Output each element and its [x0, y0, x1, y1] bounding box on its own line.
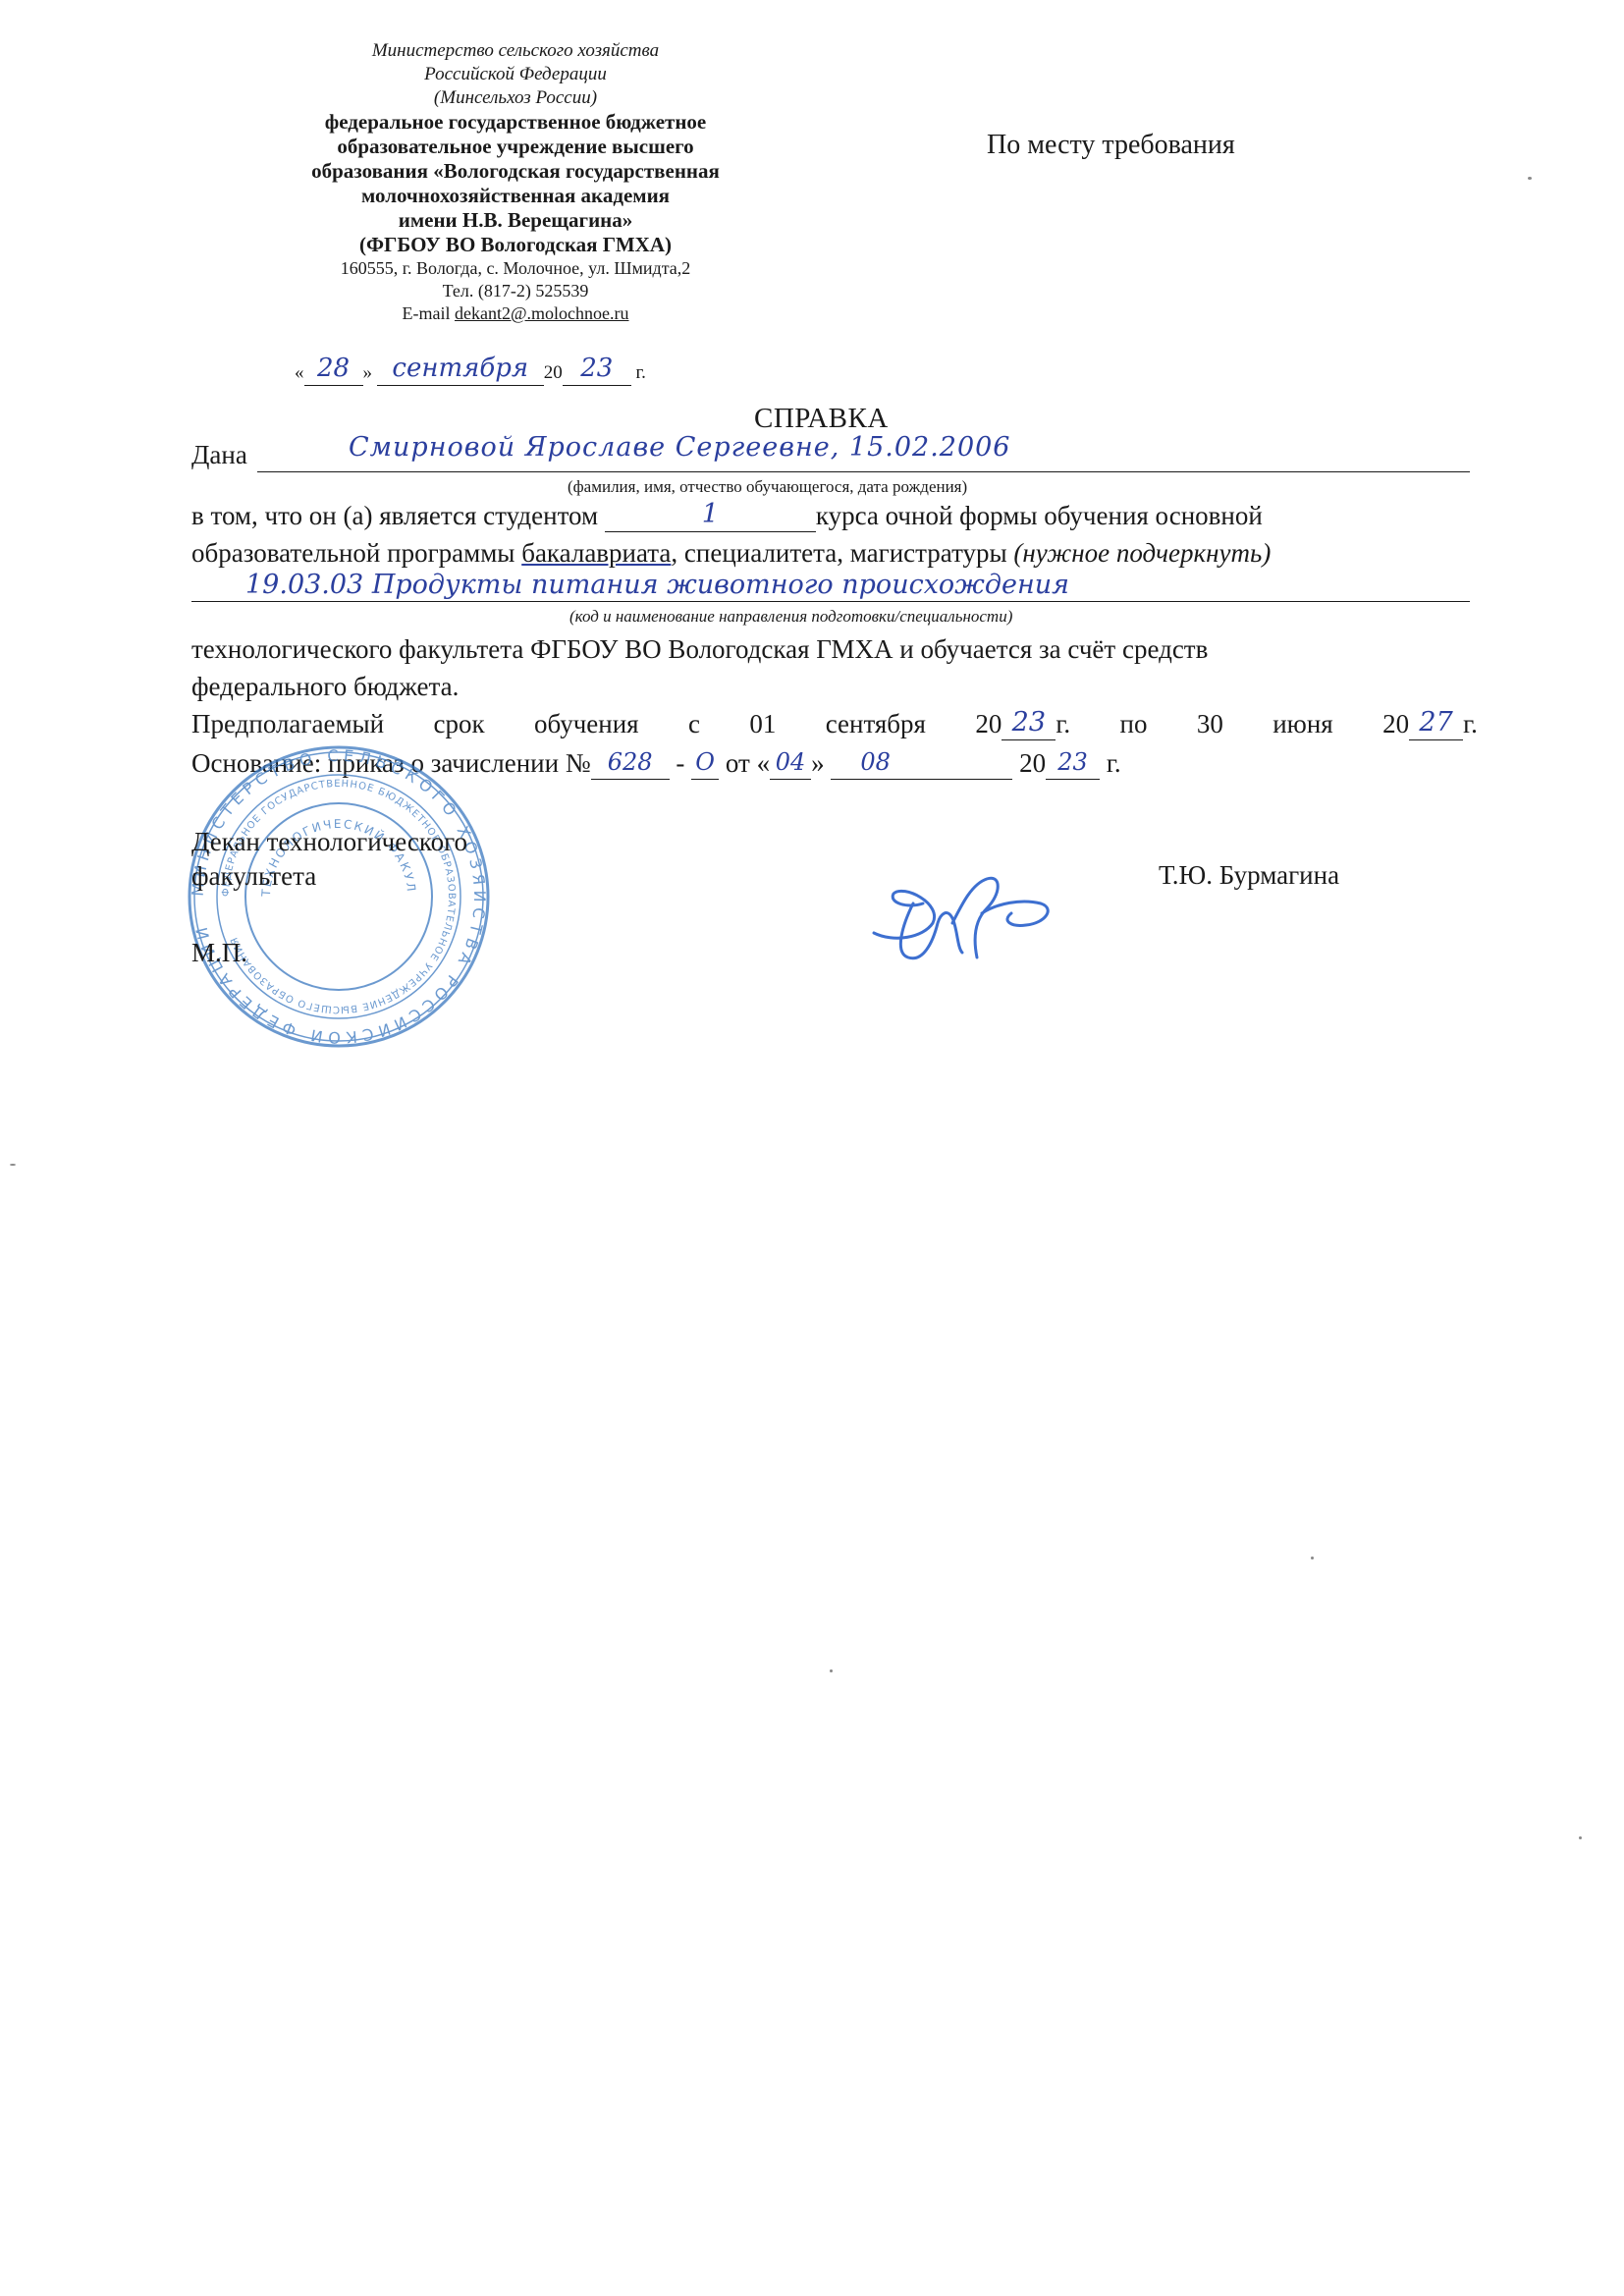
year-suffix: г.	[636, 362, 646, 383]
org-line-2: образовательное учреждение высшего	[245, 135, 785, 159]
period-end-year: 2027г.	[1382, 709, 1478, 740]
signatory-title-line-1: Декан технологического	[191, 825, 467, 859]
order-dash: -	[676, 748, 684, 778]
ministry-line-1: Министерство сельского хозяйства	[245, 39, 785, 63]
order-month-field: 08	[831, 748, 1012, 780]
svg-text:ФЕДЕРАЛЬНОЕ ГОСУДАРСТВЕННОЕ БЮ: ФЕДЕРАЛЬНОЕ ГОСУДАРСТВЕННОЕ БЮДЖЕТНОЕ ОБ…	[221, 779, 457, 1014]
end-year-suffix: г.	[1463, 709, 1478, 738]
order-year-field: 23	[1046, 748, 1100, 780]
quote-close: »	[363, 362, 373, 383]
date-month: сентября	[392, 354, 528, 383]
period-end-day: 30	[1197, 709, 1223, 740]
date-month-field: сентября	[377, 355, 544, 386]
org-line-4: молочнохозяйственная академия	[245, 184, 785, 208]
certificate-page: Министерство сельского хозяйства Российс…	[0, 0, 1624, 2296]
line1-start: в том, что он (а) является студентом	[191, 501, 598, 530]
period-word-2: срок	[434, 709, 485, 740]
start-year-field: 23	[1001, 709, 1056, 740]
direction-value: 19.03.03 Продукты питания животного прои…	[245, 570, 1069, 600]
start-year-suffix: г.	[1056, 709, 1070, 738]
org-phone: Тел. (817-2) 525539	[245, 280, 785, 302]
line1-end: курса очной формы обучения основной	[816, 501, 1263, 530]
addressee: По месту требования	[987, 130, 1235, 161]
email-link[interactable]: dekant2@.molochnoe.ru	[455, 303, 629, 323]
year-prefix: 20	[544, 362, 563, 383]
period-end-month: июня	[1272, 709, 1333, 740]
letterhead: Министерство сельского хозяйства Российс…	[245, 39, 785, 325]
given-to-label: Дана	[191, 440, 247, 470]
org-address: 160555, г. Вологда, с. Молочное, ул. Шми…	[245, 257, 785, 280]
issue-date: «28» сентября2023 г.	[295, 355, 646, 386]
course-field: 1	[605, 501, 816, 532]
svg-text:МИНИСТЕРСТВО СЕЛЬСКОГО ХОЗЯЙСТ: МИНИСТЕРСТВО СЕЛЬСКОГО ХОЗЯЙСТВА РОССИЙС…	[189, 746, 489, 1047]
signatory-name: Т.Ю. Бурмагина	[1159, 860, 1339, 891]
ministry-short: (Минсельхоз России)	[245, 86, 785, 110]
scan-speck	[1311, 1557, 1314, 1559]
period-start-year: 2023г.	[975, 709, 1070, 740]
signature-icon	[864, 864, 1060, 972]
order-from: от	[726, 748, 750, 778]
line2-rest: , специалитета, магистратуры	[671, 538, 1013, 568]
period-word-1: Предполагаемый	[191, 709, 384, 740]
order-number-field: 628	[591, 748, 670, 780]
order-month: 08	[860, 748, 891, 776]
signatory-title-line-2: факультета	[191, 859, 467, 894]
ministry-line-2: Российской Федерации	[245, 63, 785, 86]
order-number: 628	[608, 748, 653, 776]
order-quote-close: »	[811, 748, 825, 778]
end-year-prefix: 20	[1382, 709, 1409, 738]
order-year-suffix: г.	[1107, 748, 1121, 778]
body-line-1: в том, что он (а) является студентом 1ку…	[191, 501, 1478, 532]
period-start-day: 01	[749, 709, 776, 740]
course-value: 1	[702, 499, 719, 529]
given-to-rule	[257, 471, 1470, 472]
order-day-field: 04	[770, 748, 811, 780]
org-email-row: E-mail dekant2@.molochnoe.ru	[245, 302, 785, 325]
direction-rule	[191, 601, 1470, 602]
line2-italic-note: (нужное подчеркнуть)	[1013, 538, 1271, 568]
line2-start: образовательной программы	[191, 538, 521, 568]
end-year-field: 27	[1409, 709, 1463, 740]
email-label: E-mail	[402, 303, 454, 323]
study-period-line: Предполагаемый срок обучения с 01 сентяб…	[191, 709, 1478, 740]
org-line-1: федеральное государственное бюджетное	[245, 110, 785, 135]
date-year: 23	[580, 354, 613, 383]
program-bachelor-underlined: бакалавриата	[521, 538, 671, 568]
body-line-5: федерального бюджета.	[191, 672, 459, 702]
org-line-5: имени Н.В. Верещагина»	[245, 208, 785, 233]
start-year-value: 23	[1012, 707, 1046, 738]
order-suffix: О	[695, 748, 715, 776]
period-word-3: обучения	[534, 709, 639, 740]
quote-open: «	[295, 362, 304, 383]
org-line-6: (ФГБОУ ВО Вологодская ГМХА)	[245, 233, 785, 257]
order-suffix-field: О	[691, 748, 719, 780]
seal-place-label: М.П.	[191, 938, 247, 968]
date-day: 28	[317, 354, 350, 383]
body-line-2: образовательной программы бакалавриата, …	[191, 538, 1271, 569]
period-word-4: с	[688, 709, 700, 740]
start-year-prefix: 20	[975, 709, 1001, 738]
given-to-value: Смирновой Ярославе Сергеевне, 15.02.2006	[349, 432, 1011, 463]
order-quote-open: «	[757, 748, 771, 778]
official-stamp-icon: МИНИСТЕРСТВО СЕЛЬСКОГО ХОЗЯЙСТВА РОССИЙС…	[187, 744, 491, 1049]
order-day: 04	[776, 748, 806, 776]
order-year: 23	[1057, 748, 1088, 776]
org-line-3: образования «Вологодская государственная	[245, 159, 785, 184]
scan-speck	[1528, 177, 1532, 180]
given-to-caption: (фамилия, имя, отчество обучающегося, да…	[568, 477, 967, 497]
date-year-field: 23	[563, 355, 631, 386]
body-line-4: технологического факультета ФГБОУ ВО Вол…	[191, 634, 1208, 665]
date-day-field: 28	[304, 355, 363, 386]
period-to: по	[1120, 709, 1148, 740]
direction-caption: (код и наименование направления подготов…	[569, 607, 1012, 627]
scan-speck	[1579, 1836, 1582, 1839]
scan-speck	[830, 1669, 833, 1672]
scan-speck	[10, 1164, 16, 1166]
end-year-value: 27	[1419, 707, 1452, 738]
signatory-title: Декан технологического факультета	[191, 825, 467, 894]
order-year-prefix: 20	[1019, 748, 1046, 778]
document-title: СПРАВКА	[754, 403, 889, 435]
period-start-month: сентября	[826, 709, 926, 740]
